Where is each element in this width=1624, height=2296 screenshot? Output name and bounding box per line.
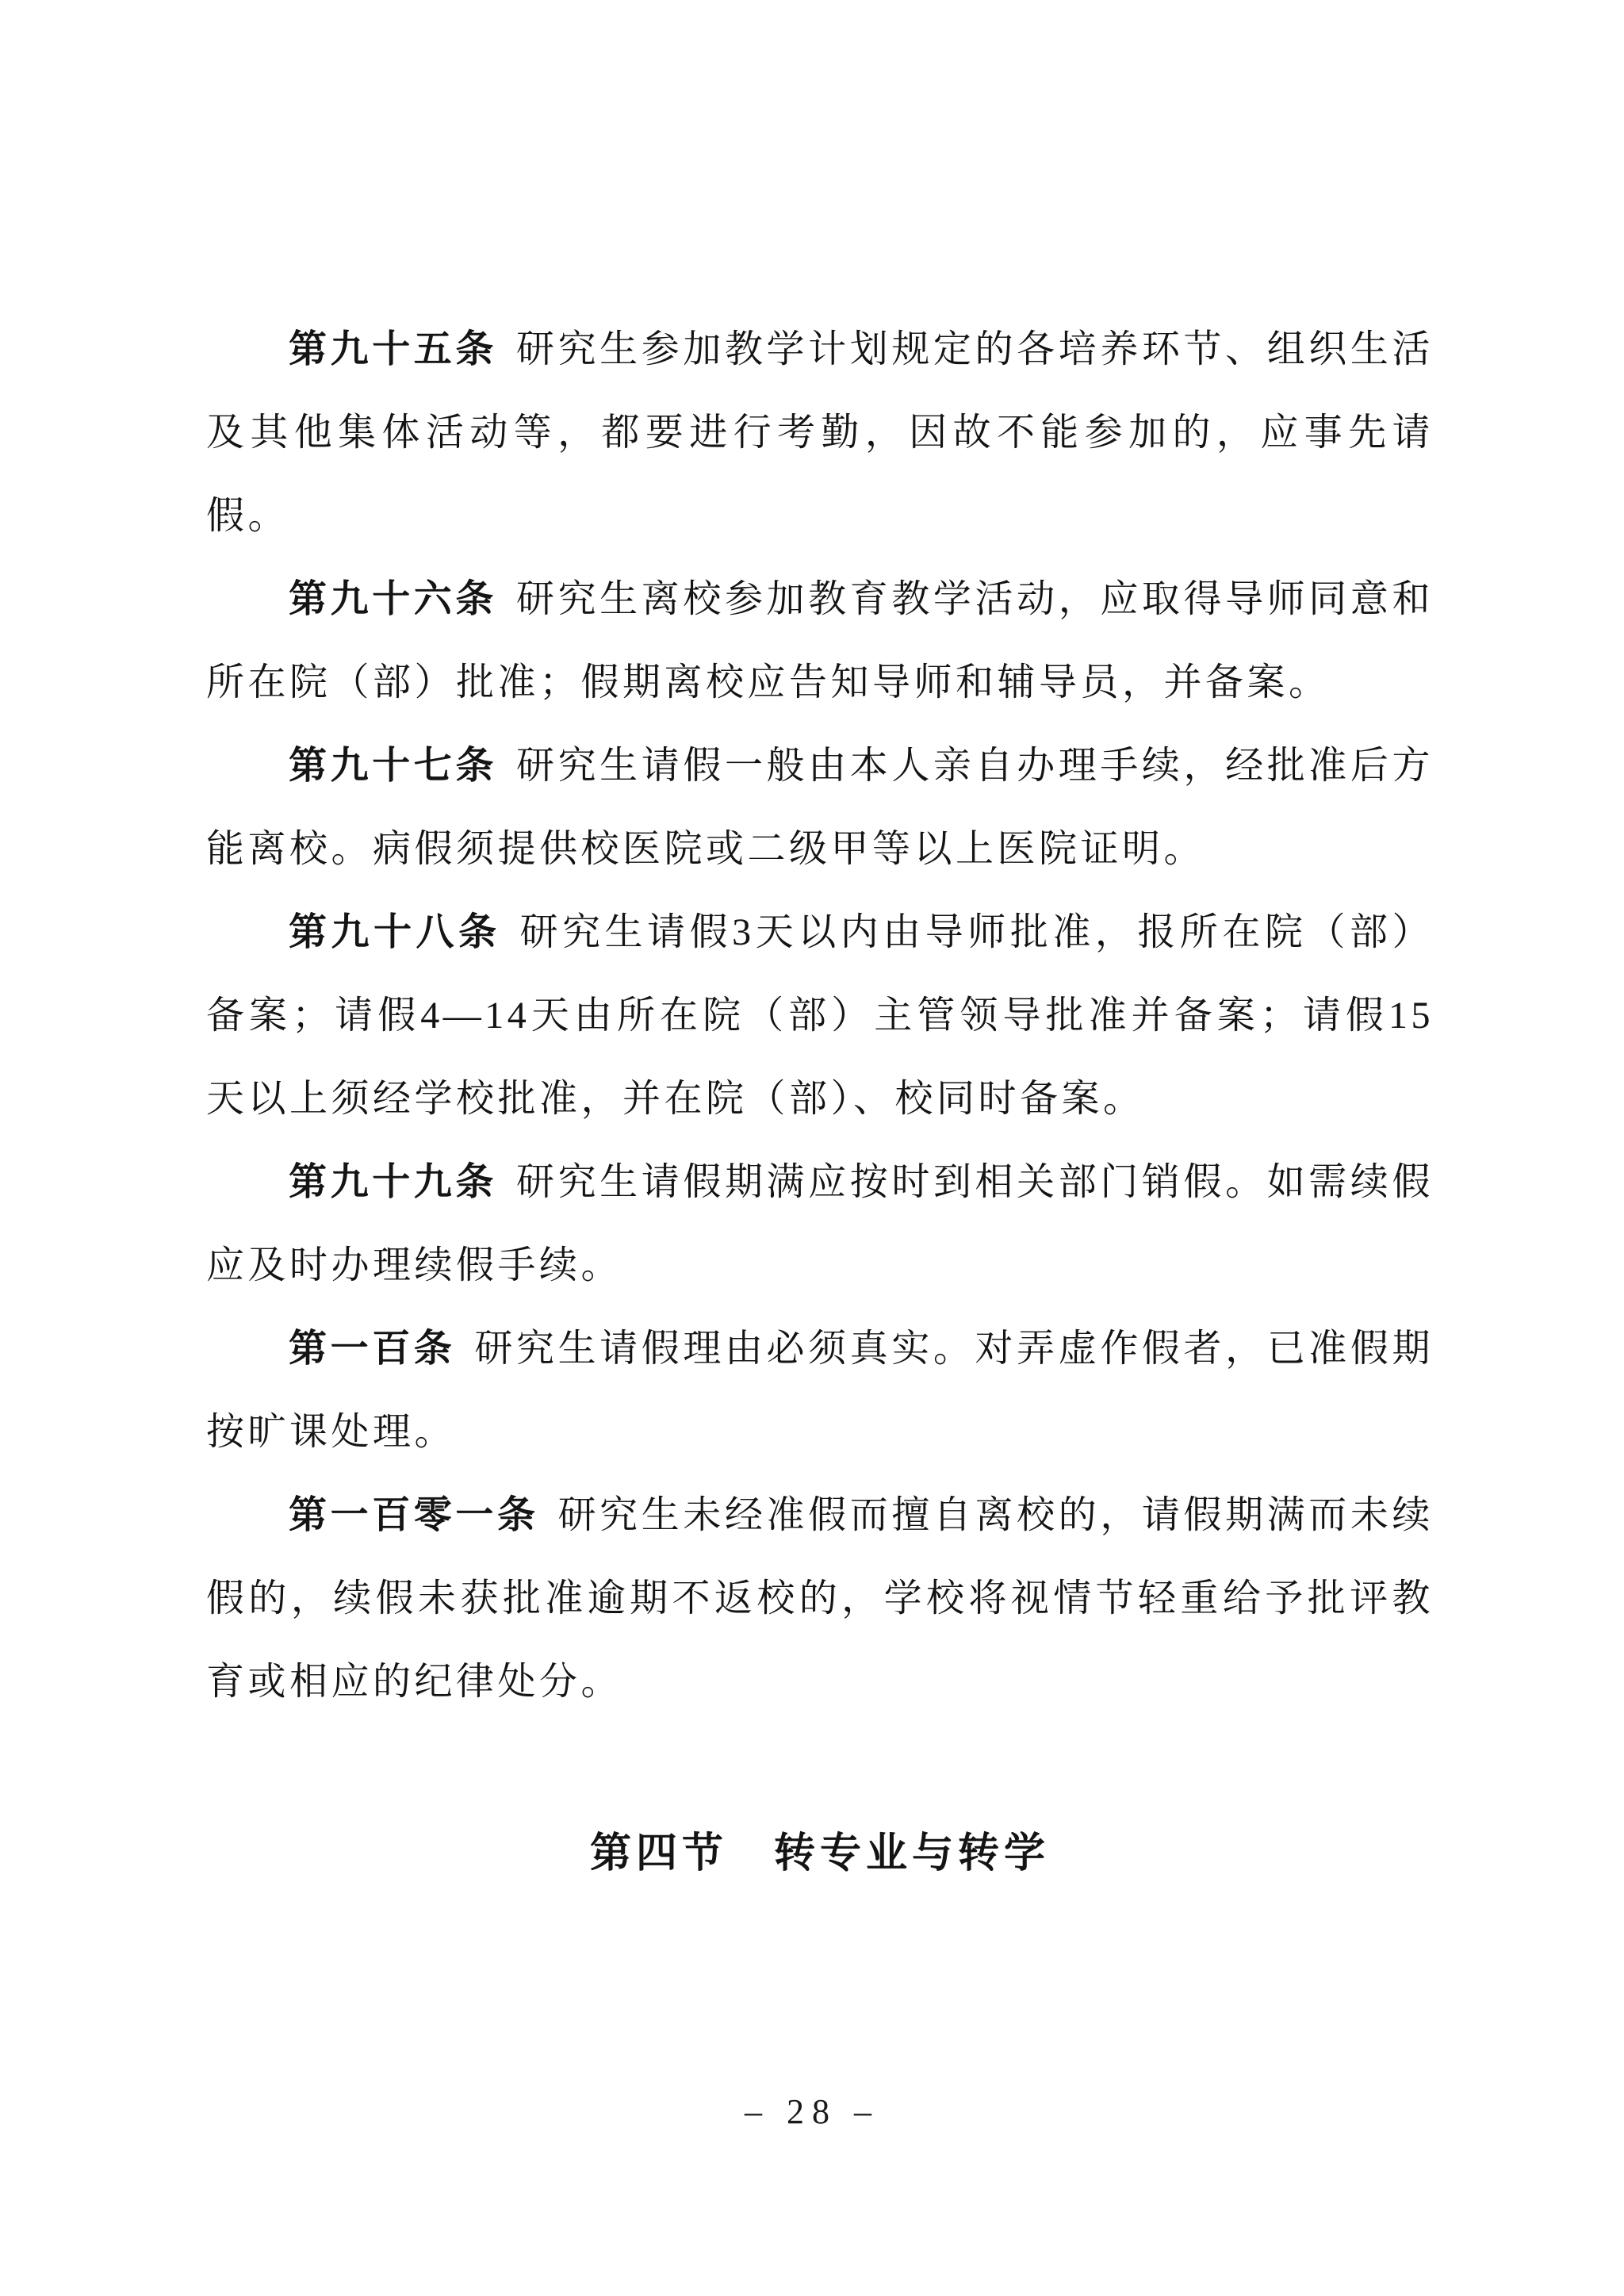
article-97-number: 第九十七条 — [289, 745, 497, 787]
article-100-number: 第一百条 — [289, 1328, 455, 1370]
article-101-number: 第一百零一条 — [289, 1494, 539, 1536]
article-paragraph-101: 第一百零一条研究生未经准假而擅自离校的，请假期满而未续假的，续假未获批准逾期不返… — [206, 1474, 1434, 1723]
article-99-number: 第九十九条 — [289, 1161, 497, 1203]
articles-block: 第九十五条研究生参加教学计划规定的各培养环节、组织生活及其他集体活动等，都要进行… — [206, 308, 1434, 1895]
page-number: – 28 – — [0, 2084, 1624, 2140]
section-heading: 第四节 转专业与转学 — [206, 1812, 1434, 1895]
article-95-number: 第九十五条 — [289, 328, 497, 370]
article-paragraph-95: 第九十五条研究生参加教学计划规定的各培养环节、组织生活及其他集体活动等，都要进行… — [206, 308, 1434, 558]
article-paragraph-100: 第一百条研究生请假理由必须真实。对弄虚作假者，已准假期按旷课处理。 — [206, 1307, 1434, 1474]
document-page: 第九十五条研究生参加教学计划规定的各培养环节、组织生活及其他集体活动等，都要进行… — [0, 0, 1624, 2296]
article-96-number: 第九十六条 — [289, 578, 497, 620]
article-paragraph-98: 第九十八条研究生请假3天以内由导师批准，报所在院（部）备案；请假4—14天由所在… — [206, 891, 1434, 1140]
article-paragraph-97: 第九十七条研究生请假一般由本人亲自办理手续，经批准后方能离校。病假须提供校医院或… — [206, 724, 1434, 891]
article-paragraph-99: 第九十九条研究生请假期满应按时到相关部门销假。如需续假应及时办理续假手续。 — [206, 1140, 1434, 1307]
article-98-number: 第九十八条 — [289, 911, 501, 953]
article-paragraph-96: 第九十六条研究生离校参加教育教学活动，应取得导师同意和所在院（部）批准；假期离校… — [206, 558, 1434, 724]
